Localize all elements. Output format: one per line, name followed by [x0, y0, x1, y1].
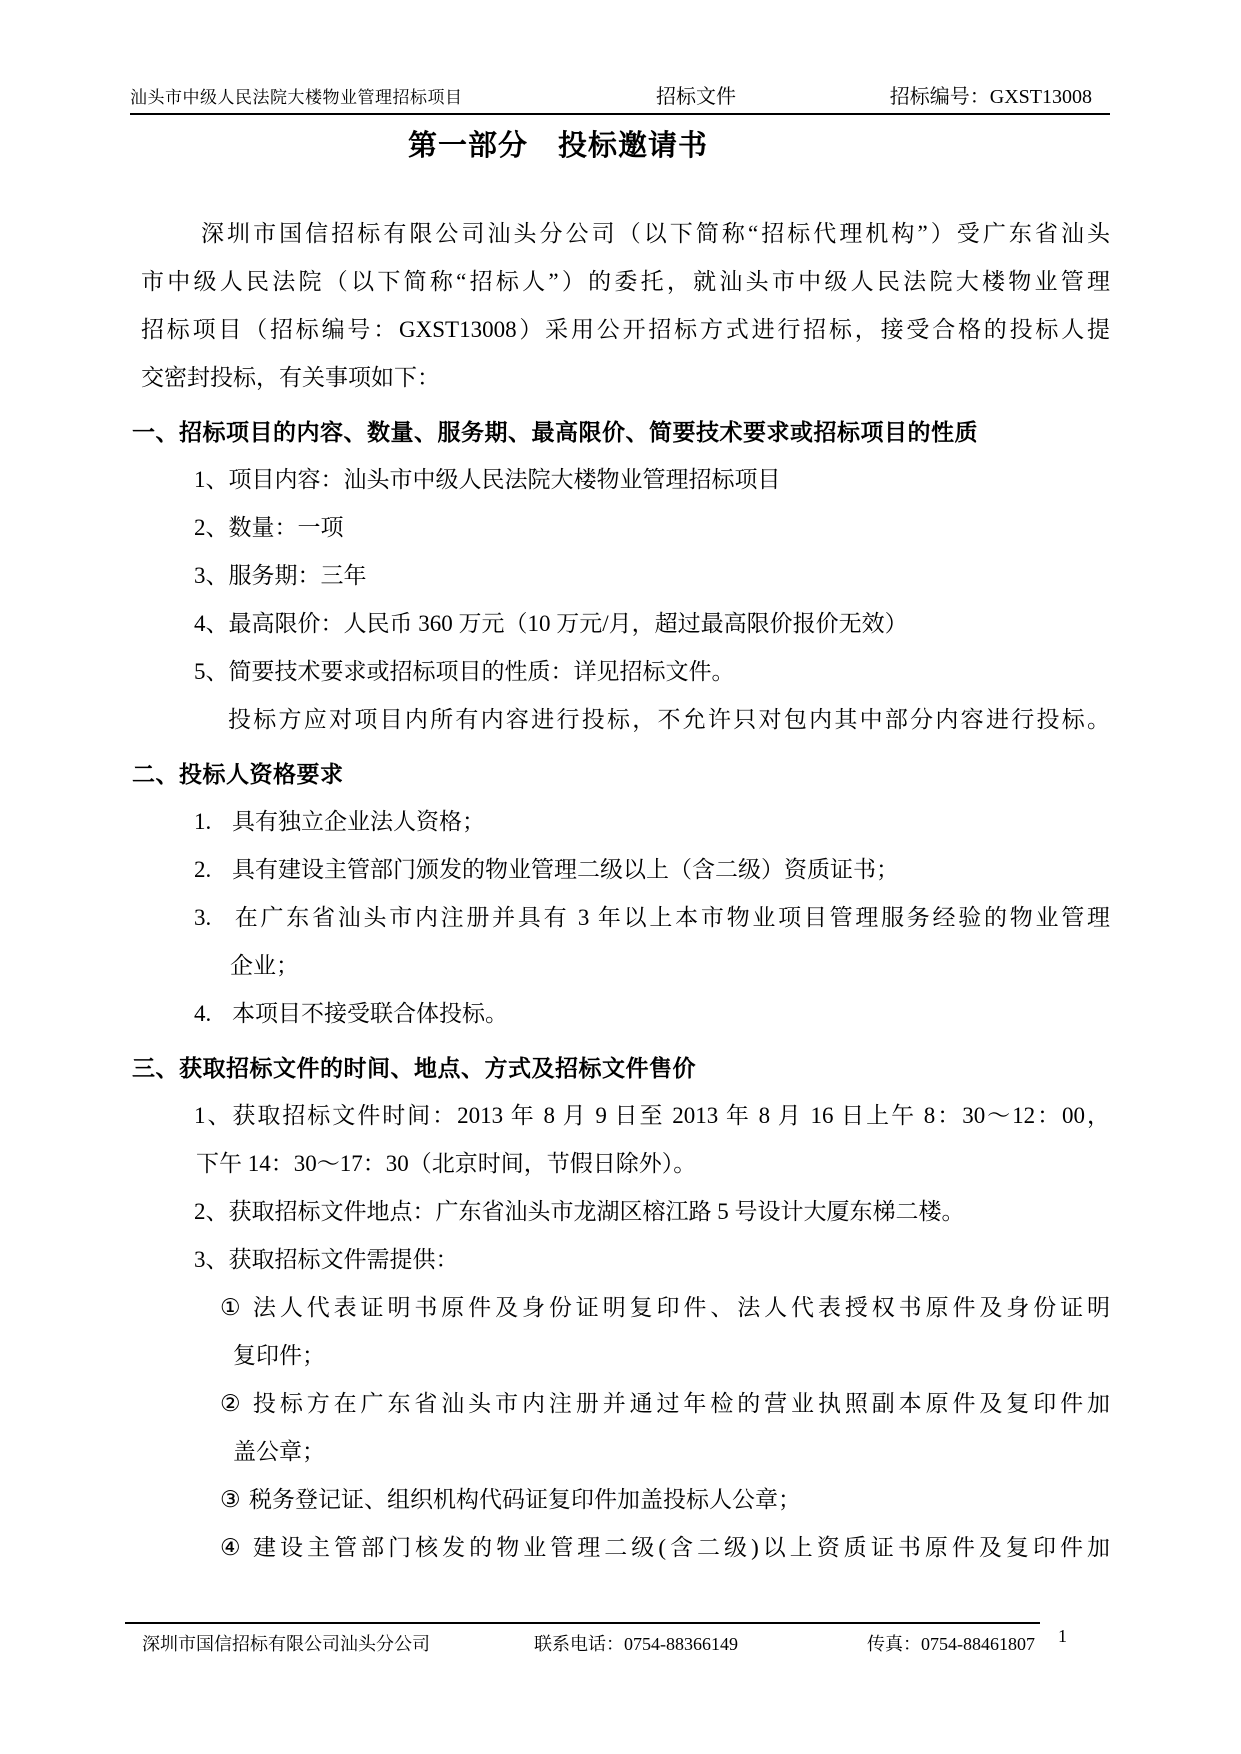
footer-rule	[125, 1622, 1040, 1624]
document-page: 汕头市中级人民法院大楼物业管理招标项目 招标文件 招标编号：GXST13008 …	[0, 0, 1241, 1754]
tender-number-label: 招标编号：	[890, 86, 990, 108]
phone-number: 0754-88366149	[624, 1634, 738, 1654]
section-1-item-service-period: 3、服务期：三年	[194, 552, 1110, 600]
required-doc-2: ②投标方在广东省汕头市内注册并通过年检的营业执照副本原件及复印件加	[220, 1380, 1110, 1428]
section-1-item-content: 1、项目内容：汕头市中级人民法院大楼物业管理招标项目	[194, 456, 1110, 504]
required-doc-1-wrap: 复印件；	[233, 1332, 1110, 1380]
item-text: 税务登记证、组织机构代码证复印件加盖投标人公章；	[249, 1487, 801, 1512]
section-3-heading: 三、获取招标文件的时间、地点、方式及招标文件售价	[132, 1044, 1110, 1092]
section-1-item-price-cap: 4、最高限价：人民币 360 万元（10 万元/月，超过最高限价报价无效）	[194, 600, 1110, 648]
fax-label: 传真：	[867, 1634, 921, 1654]
page-footer: 深圳市国信招标有限公司汕头分公司 联系电话：0754-88366149 传真：0…	[128, 1630, 1110, 1660]
item-number: 4.	[194, 990, 232, 1038]
circled-number-4: ④	[220, 1524, 249, 1572]
section-1-item-quantity: 2、数量：一项	[194, 504, 1110, 552]
item-number: 1.	[194, 798, 232, 846]
required-doc-1: ①法人代表证明书原件及身份证明复印件、法人代表授权书原件及身份证明	[220, 1284, 1110, 1332]
intro-line-3: 招标项目（招标编号：GXST13008）采用公开招标方式进行招标，接受合格的投标…	[141, 306, 1110, 354]
footer-company: 深圳市国信招标有限公司汕头分公司	[142, 1630, 430, 1656]
item-number: 3.	[194, 894, 232, 942]
section-3-item-documents: 3、获取招标文件需提供：	[194, 1236, 1110, 1284]
fax-number: 0754-88461807	[921, 1634, 1035, 1654]
section-1-heading: 一、招标项目的内容、数量、服务期、最高限价、简要技术要求或招标项目的性质	[132, 408, 1110, 456]
section-3-item-time: 1、获取招标文件时间：2013 年 8 月 9 日至 2013 年 8 月 16…	[194, 1092, 1110, 1140]
intro-line-2: 市中级人民法院（以下简称“招标人”）的委托，就汕头市中级人民法院大楼物业管理	[141, 258, 1110, 306]
item-text: 本项目不接受联合体投标。	[232, 1001, 508, 1026]
qualification-item-2: 2.具有建设主管部门颁发的物业管理二级以上（含二级）资质证书；	[194, 846, 1110, 894]
section-1-item-tech-requirements: 5、简要技术要求或招标项目的性质：详见招标文件。	[194, 648, 1110, 696]
page-header: 汕头市中级人民法院大楼物业管理招标项目 招标文件 招标编号：GXST13008	[130, 78, 1110, 115]
footer-phone: 联系电话：0754-88366149	[534, 1630, 738, 1656]
item-text: 具有独立企业法人资格；	[232, 809, 485, 834]
page-number: 1	[1058, 1626, 1067, 1647]
required-doc-2-wrap: 盖公章；	[233, 1428, 1110, 1476]
qualification-item-3: 3.在广东省汕头市内注册并具有 3 年以上本市物业项目管理服务经验的物业管理	[194, 894, 1110, 942]
section-3-item-time-wrap: 下午 14：30～17：30（北京时间，节假日除外）。	[196, 1140, 1110, 1188]
section-1-note: 投标方应对项目内所有内容进行投标，不允许只对包内其中部分内容进行投标。	[228, 696, 1110, 744]
circled-number-2: ②	[220, 1380, 249, 1428]
item-text: 投标方在广东省汕头市内注册并通过年检的营业执照副本原件及复印件加	[249, 1391, 1110, 1416]
qualification-item-3-wrap: 企业；	[230, 942, 1110, 990]
section-2-heading: 二、投标人资格要求	[132, 750, 1110, 798]
qualification-item-4: 4.本项目不接受联合体投标。	[194, 990, 1110, 1038]
footer-fax: 传真：0754-88461807	[867, 1630, 1035, 1656]
circled-number-3: ③	[220, 1476, 249, 1524]
intro-line-1: 深圳市国信招标有限公司汕头分公司（以下简称“招标代理机构”）受广东省汕头	[141, 210, 1110, 258]
phone-label: 联系电话：	[534, 1634, 624, 1654]
section-3-item-location: 2、获取招标文件地点：广东省汕头市龙湖区榕江路 5 号设计大厦东梯二楼。	[194, 1188, 1110, 1236]
tender-number-value: GXST13008	[990, 86, 1092, 108]
circled-number-1: ①	[220, 1284, 249, 1332]
header-project-name: 汕头市中级人民法院大楼物业管理招标项目	[130, 83, 463, 108]
item-text: 具有建设主管部门颁发的物业管理二级以上（含二级）资质证书；	[232, 857, 899, 882]
required-doc-4: ④建设主管部门核发的物业管理二级(含二级)以上资质证书原件及复印件加	[220, 1524, 1110, 1572]
intro-line-4: 交密封投标，有关事项如下：	[141, 354, 1110, 402]
required-doc-3: ③税务登记证、组织机构代码证复印件加盖投标人公章；	[220, 1476, 1110, 1524]
header-tender-number: 招标编号：GXST13008	[890, 80, 1092, 109]
header-doc-type: 招标文件	[656, 80, 736, 109]
document-body: 深圳市国信招标有限公司汕头分公司（以下简称“招标代理机构”）受广东省汕头 市中级…	[141, 210, 1110, 1572]
document-title: 第一部分 投标邀请书	[0, 123, 1116, 164]
qualification-item-1: 1.具有独立企业法人资格；	[194, 798, 1110, 846]
item-number: 2.	[194, 846, 232, 894]
item-text: 建设主管部门核发的物业管理二级(含二级)以上资质证书原件及复印件加	[249, 1535, 1110, 1560]
item-text: 法人代表证明书原件及身份证明复印件、法人代表授权书原件及身份证明	[249, 1295, 1110, 1320]
item-text: 在广东省汕头市内注册并具有 3 年以上本市物业项目管理服务经验的物业管理	[232, 905, 1110, 930]
